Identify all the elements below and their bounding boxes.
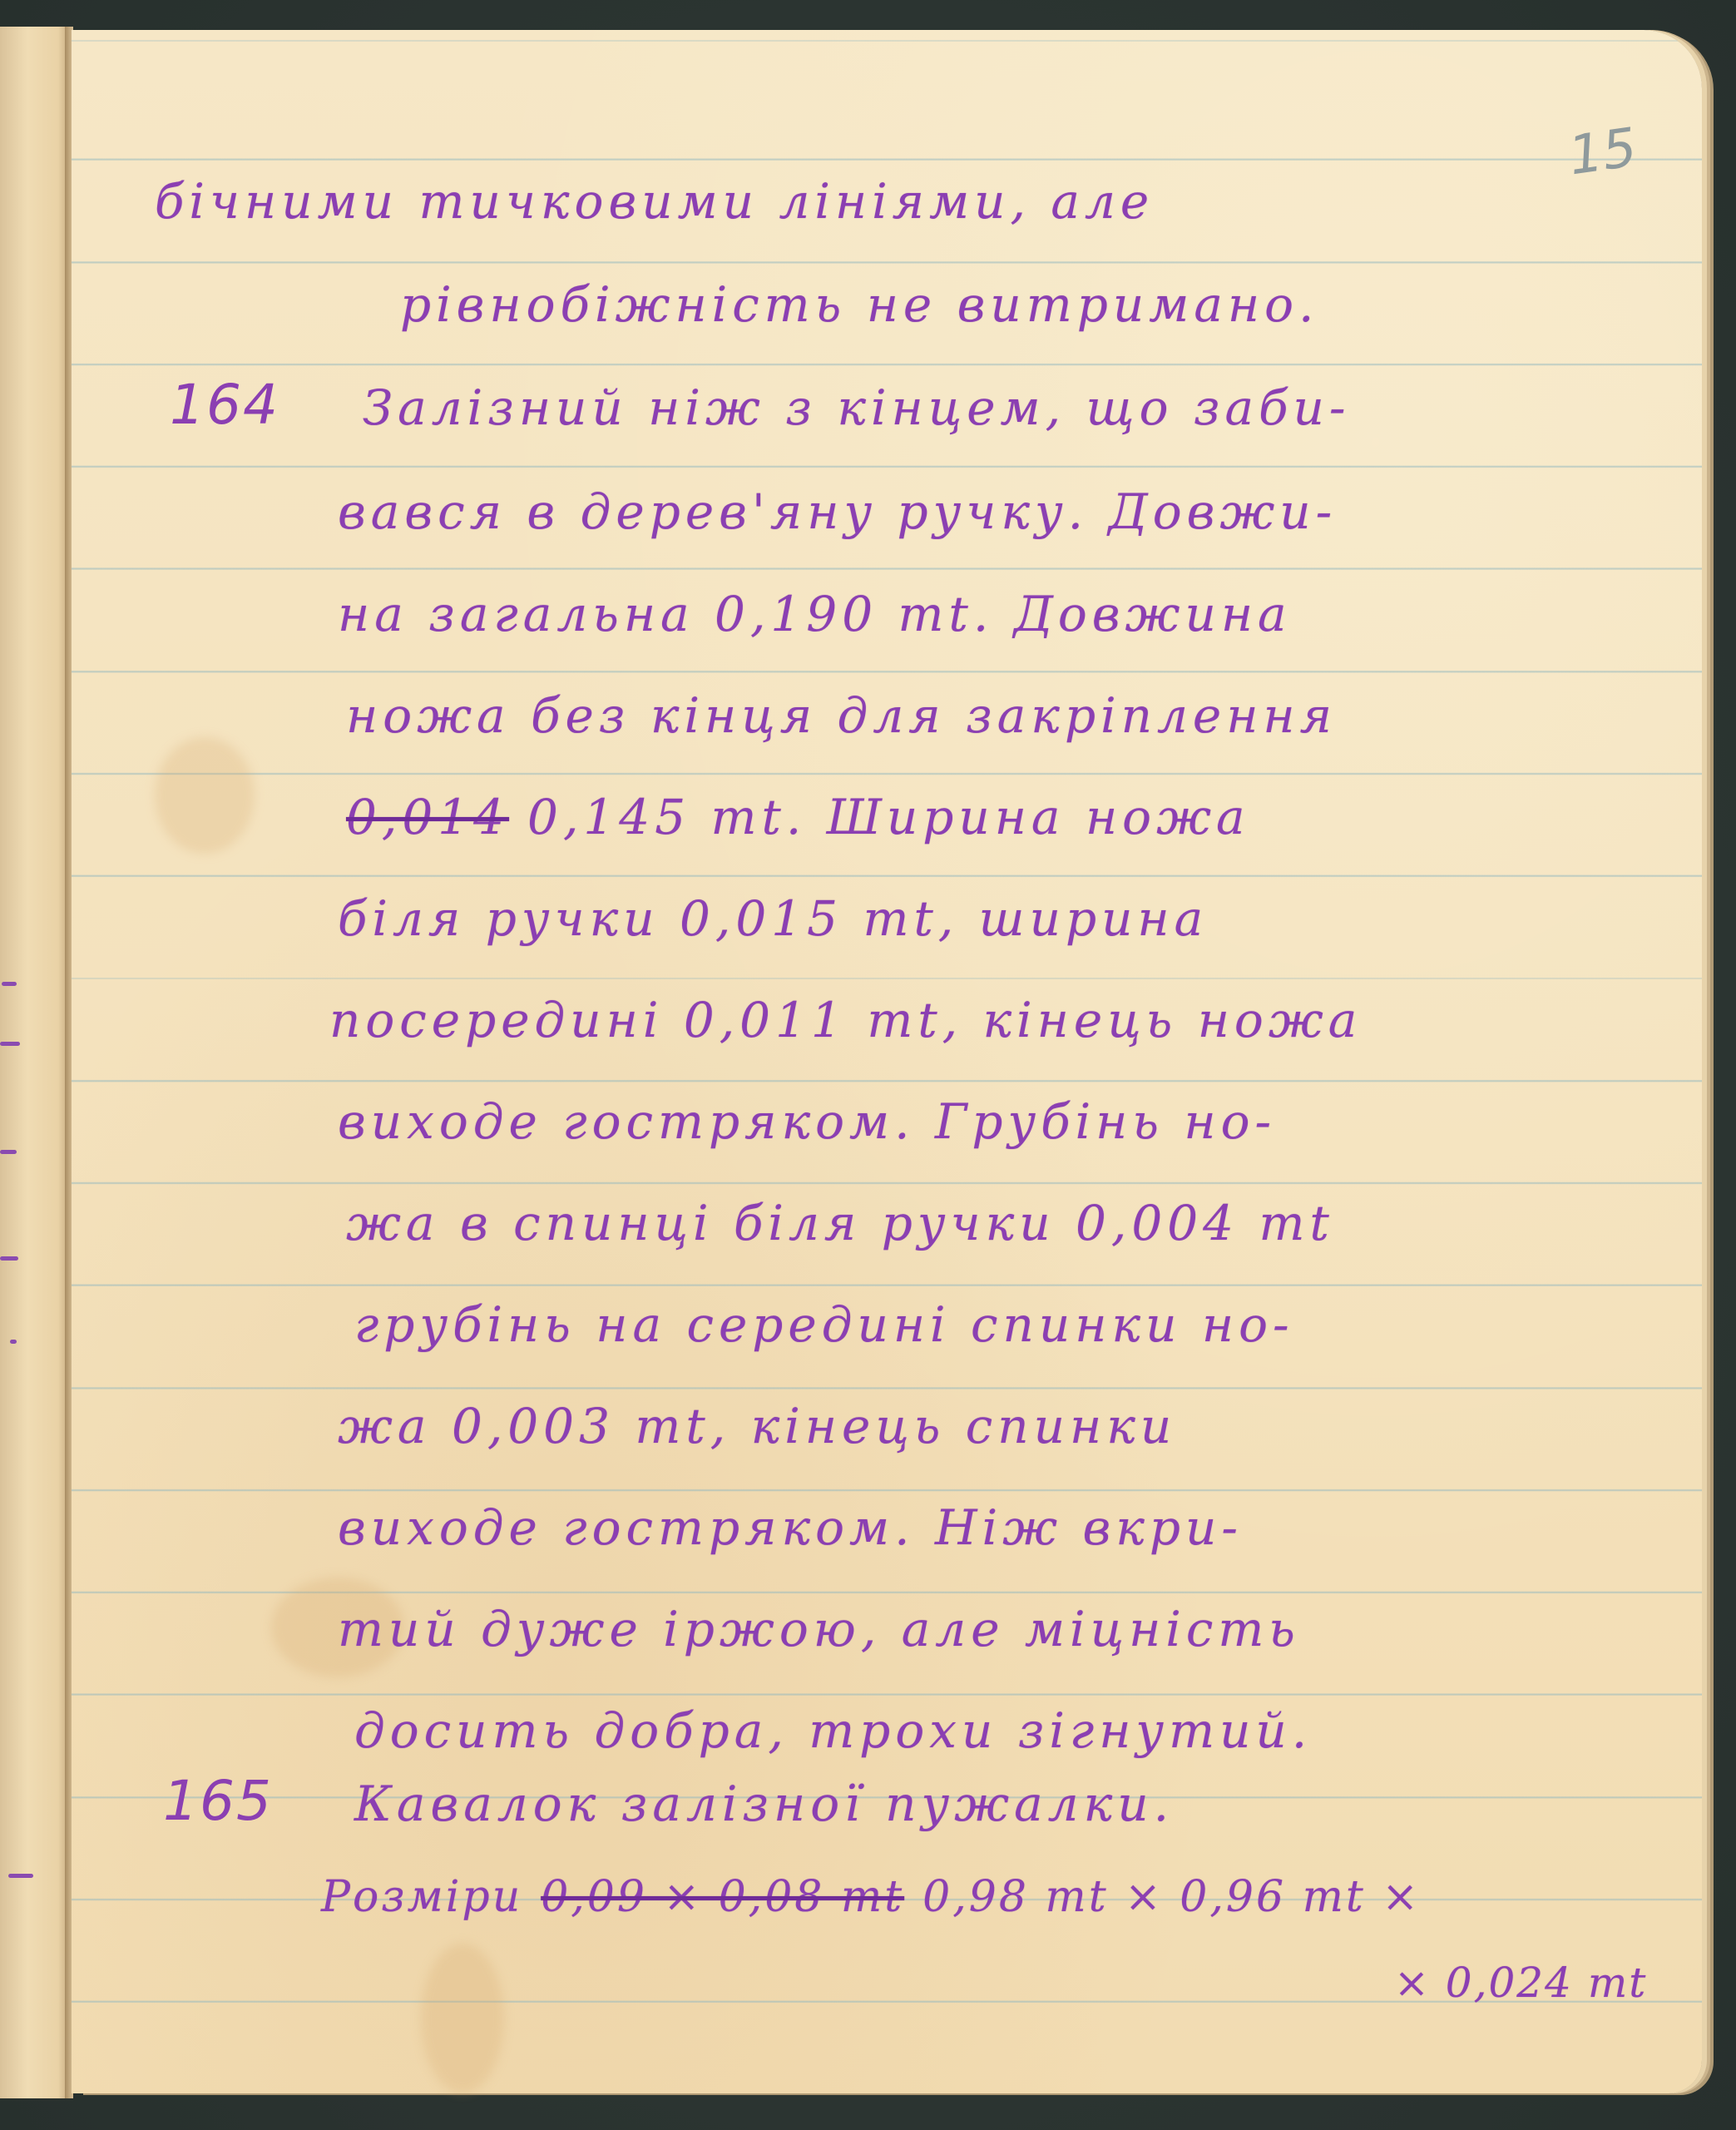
ink-mark [0,1256,18,1261]
line-label: Розміри [321,1872,522,1922]
ink-mark [8,1874,33,1878]
paper-stain [421,1944,504,2093]
text-line: жа в спинці біля ручки 0,004 mt [346,1195,1334,1251]
line-text: виходе гостряком. Ніж вкри- [338,1499,1243,1556]
text-line: жа 0,003 mt, кінець спинки [338,1398,1176,1454]
line-text: Кавалок залізної пужалки. [354,1776,1174,1832]
paper-stain [155,737,255,854]
text-line: грубінь на середині спинки но- [354,1296,1294,1353]
text-line: виходе гостряком. Грубінь но- [338,1093,1276,1150]
entry-number: 165 [163,1769,273,1833]
ink-mark [0,1042,20,1046]
text-line: × 0,024 mt [1394,1959,1647,2007]
notebook-page: 15 бічними тичковими лініями, але рівноб… [72,30,1702,2093]
line-text: жа в спинці біля ручки 0,004 mt [346,1195,1334,1251]
entry-number: 164 [170,373,279,437]
line-text: рівнобіжність не витримано. [400,276,1318,333]
ink-mark [2,982,17,986]
line-text: біля ручки 0,015 mt, ширина [338,890,1208,947]
line-text: на загальна 0,190 mt. Довжина [338,586,1292,642]
line-text: × 0,024 mt [1394,1959,1647,2007]
line-text: бічними тичковими лініями, але [155,173,1154,230]
line-text: вався в дерев'яну ручку. Довжи- [338,483,1337,540]
line-text: 0,98 mt × 0,96 mt × [922,1872,1421,1922]
text-line: на загальна 0,190 mt. Довжина [338,586,1292,642]
ink-mark [0,1150,17,1154]
previous-page-edge [0,27,70,2098]
text-line: Кавалок залізної пужалки. [354,1776,1174,1832]
line-text: досить добра, трохи зігнутий. [354,1702,1312,1759]
line-text: Залізний ніж з кінцем, що заби- [363,379,1351,436]
text-line: вався в дерев'яну ручку. Довжи- [338,483,1337,540]
text-line: тий дуже іржою, але міцність [338,1601,1300,1657]
text-line: ножа без кінця для закріплення [346,687,1337,744]
struck-value: 0,014 [346,789,509,845]
text-line: біля ручки 0,015 mt, ширина [338,890,1208,947]
text-line: Розміри0,09 × 0,08 mt0,98 mt × 0,96 mt × [321,1872,1421,1922]
text-line: посередині 0,011 mt, кінець ножа [329,992,1362,1048]
line-text: жа 0,003 mt, кінець спинки [338,1398,1176,1454]
struck-value: 0,09 × 0,08 mt [541,1872,904,1922]
text-line: бічними тичковими лініями, але [155,173,1154,230]
ink-mark [10,1340,17,1344]
text-line: Залізний ніж з кінцем, що заби- [363,379,1351,436]
text-line: досить добра, трохи зігнутий. [354,1702,1312,1759]
line-text: грубінь на середині спинки но- [354,1296,1294,1353]
text-line: 0,0140,145 mt. Ширина ножа [346,789,1250,845]
page-number: 15 [1565,117,1640,188]
line-text: виходе гостряком. Грубінь но- [338,1093,1276,1150]
line-text: ножа без кінця для закріплення [346,687,1337,744]
text-line: виходе гостряком. Ніж вкри- [338,1499,1243,1556]
line-text: посередині 0,011 mt, кінець ножа [329,992,1362,1048]
line-text: тий дуже іржою, але міцність [338,1601,1300,1657]
line-text: 0,145 mt. Ширина ножа [527,789,1250,845]
text-line: рівнобіжність не витримано. [400,276,1318,333]
